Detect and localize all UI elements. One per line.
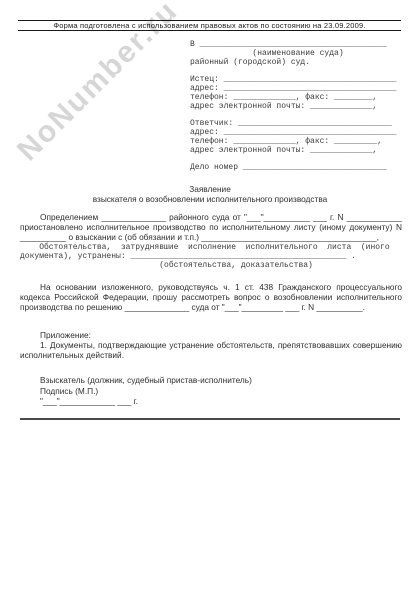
signature-date-line: "___"____________ ___ г. (40, 396, 252, 407)
paragraph-circumstances: Обстоятельства, затруднявшие исполнение … (20, 244, 410, 270)
attachment-item: 1. Документы, подтверждающие устранение … (20, 340, 402, 360)
document-subtitle: взыскателя о возобновлении исполнительно… (0, 194, 420, 204)
court-header-block: В ______________________________________… (190, 41, 396, 173)
court-type-line: районный (городской) суд. (190, 59, 396, 68)
plaintiff-email-line: адрес электронной почты: _____________, (190, 103, 396, 112)
bottom-rule (20, 418, 400, 420)
case-number-line: Дело номер _____________________________… (190, 164, 396, 173)
document-page: NoNumber.ru Форма подготовлена с использ… (0, 0, 420, 600)
circumstances-caption: (обстоятельства, доказательства) (20, 262, 410, 271)
document-title-block: Заявление взыскателя о возобновлении исп… (0, 184, 420, 204)
signature-stamp-line: Подпись (М.П.) (40, 386, 252, 397)
attachment-heading: Приложение: (20, 330, 402, 340)
attachment-block: Приложение: 1. Документы, подтверждающие… (20, 330, 402, 360)
notice-bar: Форма подготовлена с использованием прав… (18, 20, 401, 31)
signature-block: Взыскатель (должник, судебный пристав-ис… (40, 375, 252, 407)
notice-text: Форма подготовлена с использованием прав… (53, 21, 365, 30)
paragraph-request: На основании изложенного, руководствуясь… (20, 282, 402, 312)
paragraph-determination: Определением ______________ районного су… (20, 212, 402, 242)
document-title: Заявление (0, 184, 420, 194)
defendant-email-line: адрес электронной почты: _____________, (190, 147, 396, 156)
signature-role-line: Взыскатель (должник, судебный пристав-ис… (40, 375, 252, 386)
